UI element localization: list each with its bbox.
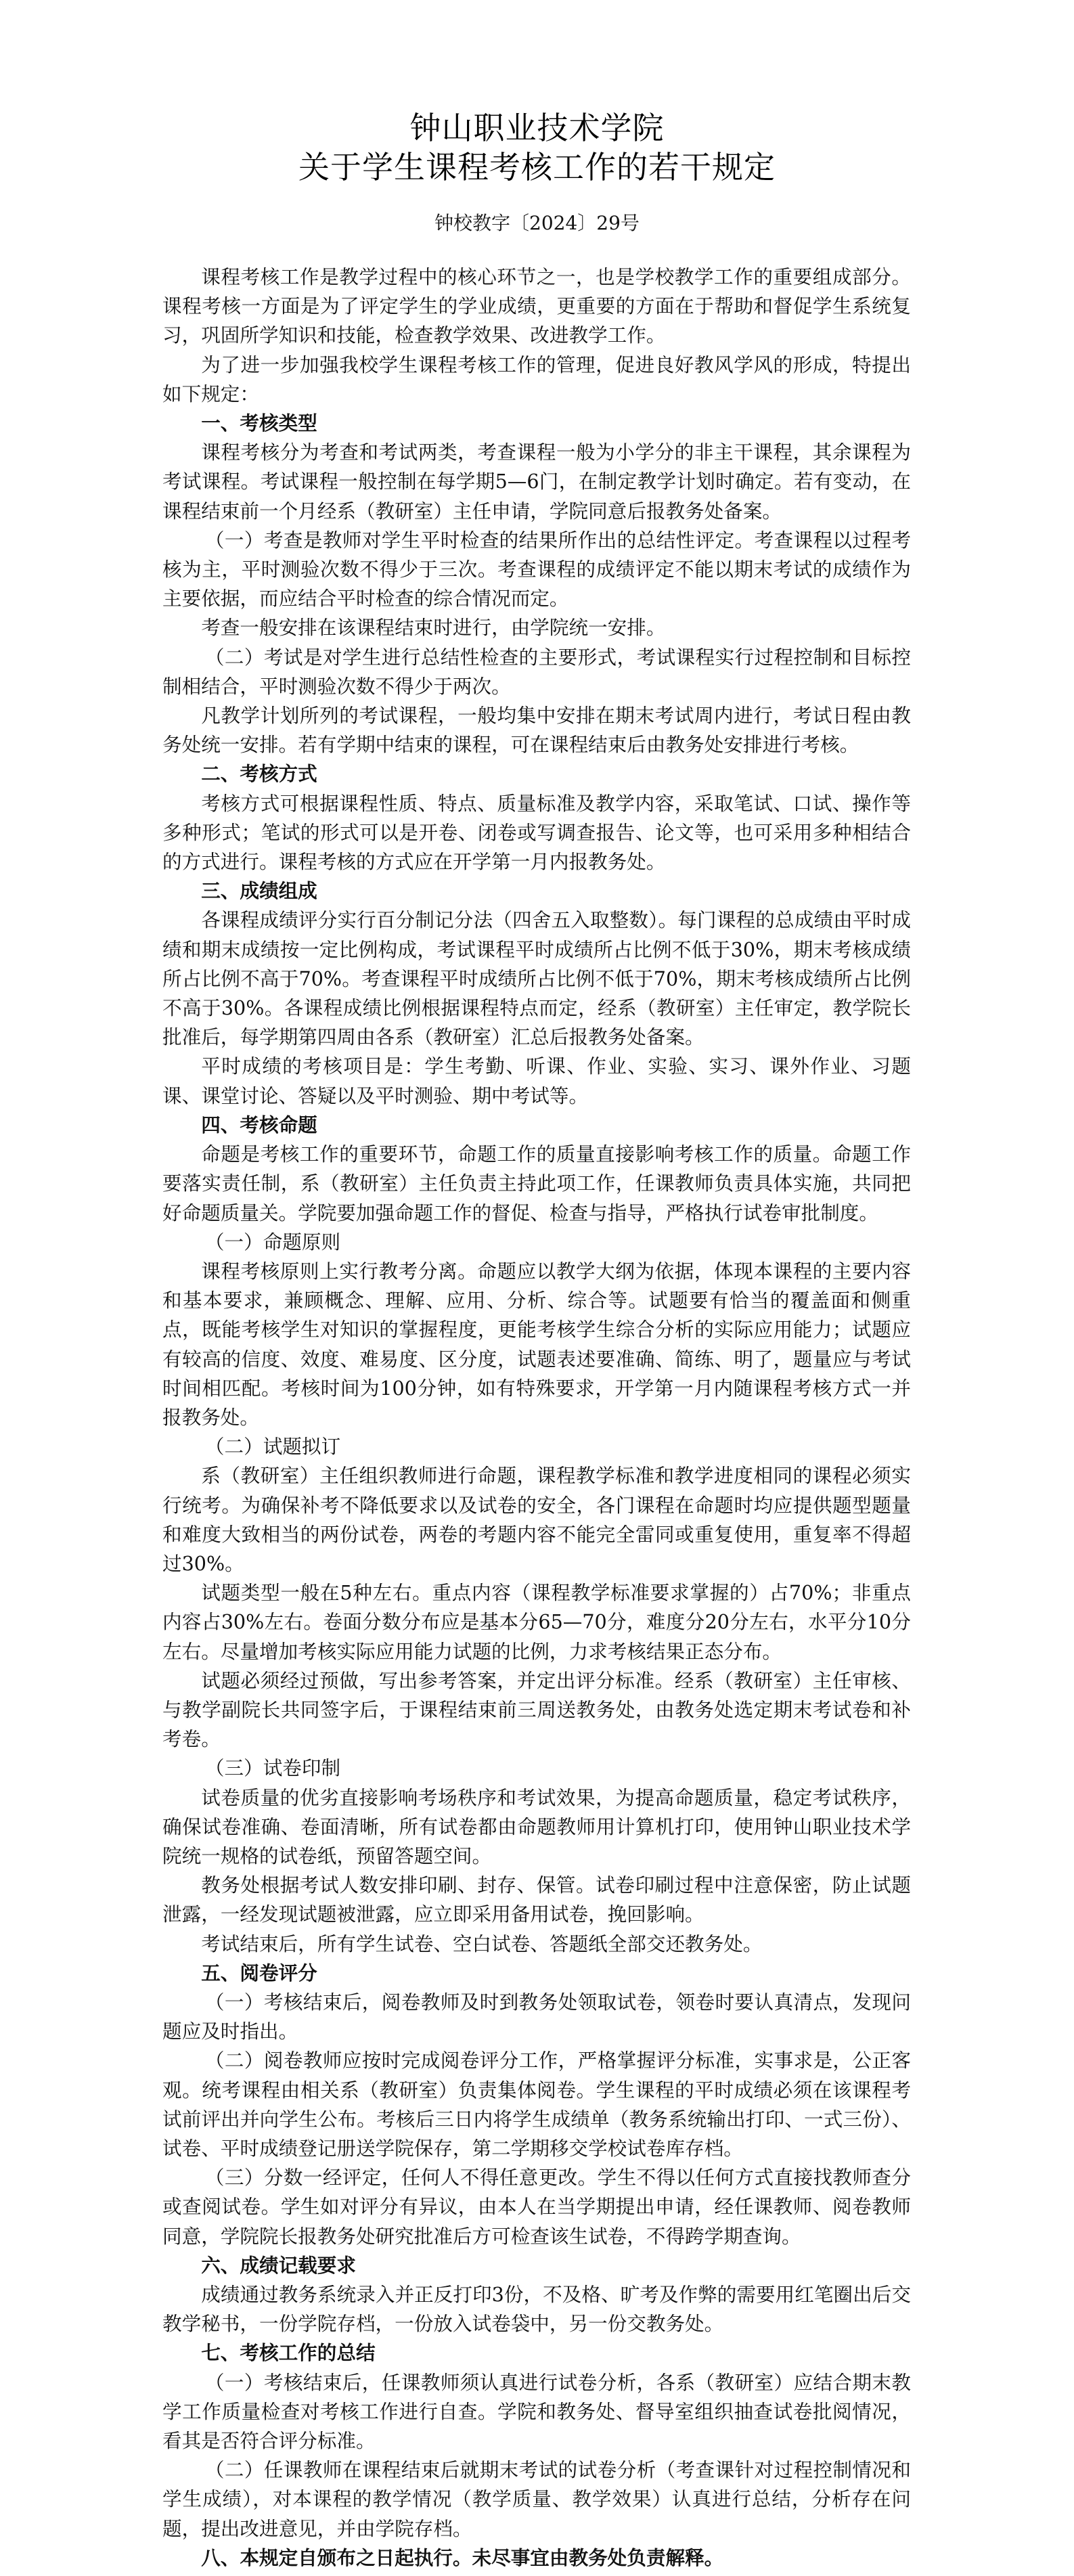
paragraph: 成绩通过教务系统录入并正反打印3份，不及格、旷考及作弊的需要用红笔圈出后交教学秘… (162, 2280, 911, 2338)
subsection-paragraph: （一）考查是教师对学生平时检查的结果所作出的总结性评定。考查课程以过程考核为主，… (162, 526, 911, 614)
paragraph: 考核方式可根据课程性质、特点、质量标准及教学内容，采取笔试、口试、操作等多种形式… (162, 789, 911, 877)
subsection-paragraph: （三）分数一经评定，任何人不得任意更改。学生不得以任何方式直接找教师查分或查阅试… (162, 2163, 911, 2251)
paragraph: 平时成绩的考核项目是：学生考勤、听课、作业、实验、实习、课外作业、习题课、课堂讨… (162, 1052, 911, 1110)
subsection-heading: （一）命题原则 (162, 1228, 911, 1257)
subsection-paragraph: （二）考试是对学生进行总结性检查的主要形式，考试课程实行过程控制和目标控制相结合… (162, 643, 911, 701)
paragraph: 命题是考核工作的重要环节，命题工作的质量直接影响考核工作的质量。命题工作要落实责… (162, 1140, 911, 1228)
subsection-heading: （三）试卷印制 (162, 1754, 911, 1783)
paragraph: 教务处根据考试人数安排印刷、封存、保管。试卷印刷过程中注意保密，防止试题泄露，一… (162, 1871, 911, 1929)
paragraph-intro-2: 为了进一步加强我校学生课程考核工作的管理，促进良好教风学风的形成，特提出如下规定… (162, 351, 911, 409)
section-heading-2: 二、考核方式 (162, 759, 911, 789)
section-heading-3: 三、成绩组成 (162, 876, 911, 906)
subsection-paragraph: （二）阅卷教师应按时完成阅卷评分工作，严格掌握评分标准，实事求是，公正客观。统考… (162, 2046, 911, 2163)
section-heading-8: 八、本规定自颁布之日起执行。未尽事宜由教务处负责解释。 (162, 2544, 911, 2573)
subsection-paragraph: （一）考核结束后，阅卷教师及时到教务处领取试卷，领卷时要认真清点，发现问题应及时… (162, 1988, 911, 2046)
section-heading-6: 六、成绩记载要求 (162, 2251, 911, 2280)
section-heading-4: 四、考核命题 (162, 1111, 911, 1140)
paragraph-intro-1: 课程考核工作是教学过程中的核心环节之一，也是学校教学工作的重要组成部分。课程考核… (162, 263, 911, 351)
paragraph: 课程考核原则上实行教考分离。命题应以教学大纲为依据，体现本课程的主要内容和基本要… (162, 1257, 911, 1432)
paragraph: 课程考核分为考查和考试两类，考查课程一般为小学分的非主干课程，其余课程为考试课程… (162, 438, 911, 526)
document-number: 钟校教字〔2024〕29号 (0, 211, 1074, 236)
subsection-heading: （二）试题拟订 (162, 1432, 911, 1461)
paragraph: 试卷质量的优劣直接影响考场秩序和考试效果，为提高命题质量，稳定考试秩序，确保试卷… (162, 1783, 911, 1871)
paragraph: 考试结束后，所有学生试卷、空白试卷、答题纸全部交还教务处。 (162, 1930, 911, 1959)
subsection-paragraph: （二）任课教师在课程结束后就期末考试的试卷分析（考查课针对过程控制情况和学生成绩… (162, 2456, 911, 2544)
paragraph: 系（教研室）主任组织教师进行命题，课程教学标准和教学进度相同的课程必须实行统考。… (162, 1461, 911, 1578)
subsection-paragraph: （一）考核结束后，任课教师须认真进行试卷分析，各系（教研室）应结合期末教学工作质… (162, 2368, 911, 2456)
paragraph: 试题必须经过预做，写出参考答案，并定出评分标准。经系（教研室）主任审核、与教学副… (162, 1666, 911, 1754)
section-heading-5: 五、阅卷评分 (162, 1959, 911, 1988)
paragraph: 各课程成绩评分实行百分制记分法（四舍五入取整数）。每门课程的总成绩由平时成绩和期… (162, 906, 911, 1052)
document-title-institution: 钟山职业技术学院 (0, 108, 1074, 148)
document-title-subject: 关于学生课程考核工作的若干规定 (0, 148, 1074, 187)
paragraph: 凡教学计划所列的考试课程，一般均集中安排在期末考试周内进行，考试日程由教务处统一… (162, 701, 911, 759)
section-heading-1: 一、考核类型 (162, 409, 911, 438)
document-body: 课程考核工作是教学过程中的核心环节之一，也是学校教学工作的重要组成部分。课程考核… (162, 263, 911, 2573)
paragraph: 试题类型一般在5种左右。重点内容（课程教学标准要求掌握的）占70%；非重点内容占… (162, 1578, 911, 1666)
document-page: 钟山职业技术学院 关于学生课程考核工作的若干规定 钟校教字〔2024〕29号 课… (0, 0, 1074, 2576)
paragraph: 考查一般安排在该课程结束时进行，由学院统一安排。 (162, 613, 911, 642)
section-heading-7: 七、考核工作的总结 (162, 2338, 911, 2368)
